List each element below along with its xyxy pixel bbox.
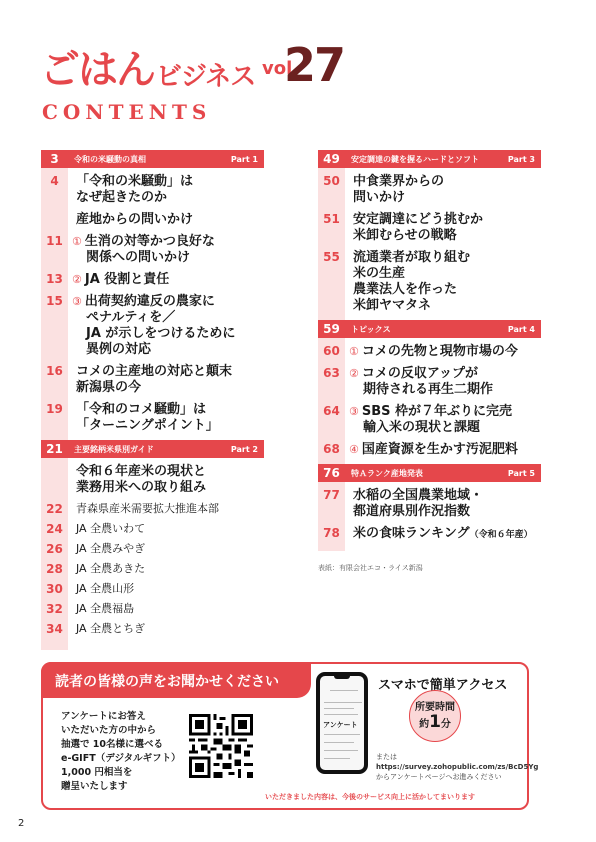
section-part-label: Part 5 [508,469,541,478]
cover-credit: 表紙：有限会社エコ・ライス新潟 [318,563,541,573]
toc-entry[interactable]: 50中食業界からの問いかけ [318,174,541,206]
entry-title-line: 青森県産米需要拡大推進本部 [76,502,219,516]
survey-description-line: 1,000 円相当を [61,766,201,780]
entry-title-line: JA 全農みやぎ [76,542,145,556]
toc-entry[interactable]: 30JA 全農山形 [41,582,264,596]
entry-page-number: 13 [41,272,68,286]
entry-title: ②コメの反収アップが期待される再生二期作 [345,366,493,398]
survey-description-line: いただいた方の中から [61,724,201,738]
entry-title-line: ペナルティを／ [72,310,235,326]
entry-title-line: ③出荷契約違反の農家に [72,294,235,310]
entry-page-number: 24 [41,522,68,536]
toc-entry[interactable]: 15③出荷契約違反の農家にペナルティを／JA が示しをつけるために異例の対応 [41,294,264,358]
toc-entry[interactable]: 13②JA 役割と責任 [41,272,264,288]
entry-page-number: 55 [318,250,345,264]
entry-title-line: 「令和のコメ騒動」は [76,402,219,418]
survey-description-line: e-GIFT（デジタルギフト） [61,752,201,766]
section-title: 主要銘柄米県別ガイド [68,444,231,455]
entry-title-line: 安定調達にどう挑むか [353,212,483,228]
section-page-number: 49 [318,152,345,166]
entry-title-line: JA 全農山形 [76,582,134,596]
survey-url-link[interactable]: https://survey.zohopublic.com/zs/BcD5Yg [376,762,538,772]
entry-title-line: 輸入米の現状と課題 [349,420,512,436]
badge-prefix: 約 [419,719,429,730]
vol-number: 27 [284,42,344,88]
section-title: 特Ａランク産地発表 [345,468,508,479]
toc-entry[interactable]: 55流通業者が取り組む米の生産農業法人を作った米卸ヤマタネ [318,250,541,314]
entry-title: ③SBS 枠が７年ぶりに完売輸入米の現状と課題 [345,404,512,436]
entry-title-line: ②コメの反収アップが [349,366,493,382]
toc-entry[interactable]: 51安定調達にどう挑むか米卸むらせの戦略 [318,212,541,244]
section-header[interactable]: 21主要銘柄米県別ガイドPart 2 [41,440,264,458]
entry-page-number: 4 [41,174,68,188]
item-number-icon: ③ [349,405,359,418]
entry-title: ①コメの先物と現物市場の今 [345,344,518,360]
smartphone-illustration: アンケート [316,672,368,774]
badge-time-value: 約1分 [410,715,460,732]
toc-left-column: 3令和の米騒動の真相Part 14「令和の米騒動」はなぜ起きたのか産地からの問い… [41,150,264,636]
entry-title-line: JA 全農いわて [76,522,145,536]
entry-title: 令和６年産米の現状と業務用米への取り組み [68,464,206,496]
entry-page-number: 19 [41,402,68,416]
qr-code-icon[interactable] [189,714,253,778]
item-number-icon: ② [72,273,82,286]
entry-title-line: JA 全農とちぎ [76,622,145,636]
entry-page-number: 34 [41,622,68,636]
time-required-badge: 所要時間 約1分 [409,690,461,742]
entry-title-line: ②JA 役割と責任 [72,272,169,288]
entry-page-number: 77 [318,488,345,502]
entry-title-line: ①生消の対等かつ良好な [72,234,215,250]
entry-title-line: 都道府県別作況指数 [353,504,483,520]
phone-line [324,734,360,735]
entry-title-line: 新潟県の今 [76,380,232,396]
entry-title-line: 米卸ヤマタネ [353,298,470,314]
entry-title: ②JA 役割と責任 [68,272,169,288]
entry-title: ③出荷契約違反の農家にペナルティを／JA が示しをつけるために異例の対応 [68,294,235,358]
toc-entry[interactable]: 60①コメの先物と現物市場の今 [318,344,541,360]
survey-description: アンケートにお答えいただいた方の中から抽選で 10名様に選べるe-GIFT（デジ… [61,710,201,794]
toc-entry[interactable]: 28JA 全農あきた [41,562,264,576]
entry-page-number: 51 [318,212,345,226]
section-header[interactable]: 3令和の米騒動の真相Part 1 [41,150,264,168]
phone-line [330,690,358,691]
phone-line [324,750,358,751]
entry-title: 「令和のコメ騒動」は「ターニングポイント」 [68,402,219,434]
page-number: 2 [18,818,24,829]
entry-title-line: 中食業界からの [353,174,444,190]
entry-title-line: 異例の対応 [72,342,235,358]
entry-page-number: 64 [318,404,345,418]
survey-box: 読者の皆様の声をお聞かせください アンケートにお答えいただいた方の中から抽選で … [41,662,529,810]
entry-title: コメの主産地の対応と顛末新潟県の今 [68,364,232,396]
entry-title: 安定調達にどう挑むか米卸むらせの戦略 [345,212,483,244]
entry-title: JA 全農とちぎ [68,622,145,636]
toc-entry[interactable]: 34JA 全農とちぎ [41,622,264,636]
section-header[interactable]: 76特Ａランク産地発表Part 5 [318,464,541,482]
entry-title: JA 全農みやぎ [68,542,145,556]
entry-title-line: 水稲の全国農業地域・ [353,488,483,504]
entry-title: JA 全農いわて [68,522,145,536]
toc-entry[interactable]: 19「令和のコメ騒動」は「ターニングポイント」 [41,402,264,434]
entry-page-number: 60 [318,344,345,358]
phone-survey-label: アンケート [323,720,358,730]
survey-description-line: 抽選で 10名様に選べる [61,738,201,752]
entry-title: 青森県産米需要拡大推進本部 [68,502,219,516]
survey-description-line: アンケートにお答え [61,710,201,724]
phone-line [324,758,350,759]
entry-page-number: 78 [318,526,345,540]
entry-title-line: 業務用米への取り組み [76,480,206,496]
entry-title-line: JA が示しをつけるために [72,326,235,342]
toc-entry[interactable]: 63②コメの反収アップが期待される再生二期作 [318,366,541,398]
entry-title-line: 「ターニングポイント」 [76,418,219,434]
entry-title-line: JA 全農あきた [76,562,145,576]
toc-entry[interactable]: 78米の食味ランキング（令和６年産） [318,526,541,543]
toc-entry[interactable]: 4「令和の米騒動」はなぜ起きたのか [41,174,264,206]
entry-title-line: 流通業者が取り組む [353,250,470,266]
entry-title-line: なぜ起きたのか [76,190,193,206]
entry-title: 流通業者が取り組む米の生産農業法人を作った米卸ヤマタネ [345,250,470,314]
entry-title-line: ①コメの先物と現物市場の今 [349,344,518,360]
section-header[interactable]: 59トピックスPart 4 [318,320,541,338]
section-part-label: Part 1 [231,155,264,164]
access-instructions: または https://survey.zohopublic.com/zs/BcD… [376,752,538,782]
item-number-icon: ① [72,235,82,248]
toc-entry[interactable]: 令和６年産米の現状と業務用米への取り組み [41,464,264,496]
toc-entry[interactable]: 64③SBS 枠が７年ぶりに完売輸入米の現状と課題 [318,404,541,436]
toc-entry[interactable]: 77水稲の全国農業地域・都道府県別作況指数 [318,488,541,520]
badge-number: 1 [429,712,441,732]
entry-title: JA 全農あきた [68,562,145,576]
logo-main-text: ごはん [40,50,154,90]
section-part-label: Part 2 [231,445,264,454]
phone-line [324,742,354,743]
contents-heading: CONTENTS [42,100,211,124]
section-title: トピックス [345,324,508,335]
toc-entry[interactable]: 16コメの主産地の対応と顛末新潟県の今 [41,364,264,396]
toc-entry[interactable]: 産地からの問いかけ [41,212,264,228]
entry-title: 産地からの問いかけ [68,212,193,228]
toc-entry[interactable]: 32JA 全農福島 [41,602,264,616]
entry-title: JA 全農山形 [68,582,134,596]
entry-title-line: 期待される再生二期作 [349,382,493,398]
entry-title: 「令和の米騒動」はなぜ起きたのか [68,174,193,206]
entry-page-number: 32 [41,602,68,616]
phone-line [324,702,362,703]
entry-page-number: 30 [41,582,68,596]
entry-title-line: JA 全農福島 [76,602,134,616]
entry-title: 米の食味ランキング（令和６年産） [345,526,533,543]
entry-page-number: 28 [41,562,68,576]
entry-title-line: 米の食味ランキング（令和６年産） [353,526,533,543]
entry-title-line: ④国産資源を生かす汚泥肥料 [349,442,518,458]
url-note: からアンケートページへお進みください [376,772,538,782]
toc-right-column: 49安定調達の鍵を握るハードとソフトPart 350中食業界からの問いかけ51安… [318,150,541,573]
entry-title: ④国産資源を生かす汚泥肥料 [345,442,518,458]
entry-page-number: 11 [41,234,68,248]
toc-entry[interactable]: 26JA 全農みやぎ [41,542,264,556]
entry-title-line: 令和６年産米の現状と [76,464,206,480]
entry-title-line: 産地からの問いかけ [76,212,193,228]
phone-notch [334,675,350,679]
phone-line [324,708,354,709]
entry-title: JA 全農福島 [68,602,134,616]
item-number-icon: ④ [349,443,359,456]
entry-page-number: 16 [41,364,68,378]
entry-title: 水稲の全国農業地域・都道府県別作況指数 [345,488,483,520]
entry-page-number: 15 [41,294,68,308]
entry-title-line: コメの主産地の対応と顛末 [76,364,232,380]
entry-title-line: ③SBS 枠が７年ぶりに完売 [349,404,512,420]
entry-page-number: 63 [318,366,345,380]
entry-page-number: 50 [318,174,345,188]
entry-page-number: 68 [318,442,345,456]
toc-entry[interactable]: 24JA 全農いわて [41,522,264,536]
thanks-note: いただきました内容は、今後のサービス向上に活かしてまいります [265,792,475,802]
entry-title-line: 農業法人を作った [353,282,470,298]
entry-title-line: 米の生産 [353,266,470,282]
section-page-number: 21 [41,442,68,456]
entry-page-number: 22 [41,502,68,516]
toc-entry[interactable]: 11①生消の対等かつ良好な関係への問いかけ [41,234,264,266]
logo-sub-text: ビジネス [156,64,255,90]
section-page-number: 3 [41,152,68,166]
section-part-label: Part 4 [508,325,541,334]
entry-suffix: （令和６年産） [470,530,533,540]
item-number-icon: ③ [72,295,82,308]
survey-heading: 読者の皆様の声をお聞かせください [41,662,311,698]
entry-title-line: 「令和の米騒動」は [76,174,193,190]
section-part-label: Part 3 [508,155,541,164]
section-header[interactable]: 49安定調達の鍵を握るハードとソフトPart 3 [318,150,541,168]
or-label: または [376,752,538,762]
section-page-number: 59 [318,322,345,336]
section-title: 安定調達の鍵を握るハードとソフト [345,154,508,165]
item-number-icon: ② [349,367,359,380]
section-page-number: 76 [318,466,345,480]
access-title: スマホで簡単アクセス [378,674,507,693]
toc-entry[interactable]: 22青森県産米需要拡大推進本部 [41,502,264,516]
phone-line [324,714,358,715]
badge-suffix: 分 [441,719,451,730]
entry-page-number: 26 [41,542,68,556]
entry-title-line: 問いかけ [353,190,444,206]
entry-title: 中食業界からの問いかけ [345,174,444,206]
toc-entry[interactable]: 68④国産資源を生かす汚泥肥料 [318,442,541,458]
survey-description-line: 贈呈いたします [61,780,201,794]
item-number-icon: ① [349,345,359,358]
entry-title: ①生消の対等かつ良好な関係への問いかけ [68,234,215,266]
entry-title-line: 米卸むらせの戦略 [353,228,483,244]
section-title: 令和の米騒動の真相 [68,154,231,165]
entry-title-line: 関係への問いかけ [72,250,215,266]
magazine-logo: ごはん ビジネス [40,50,255,90]
